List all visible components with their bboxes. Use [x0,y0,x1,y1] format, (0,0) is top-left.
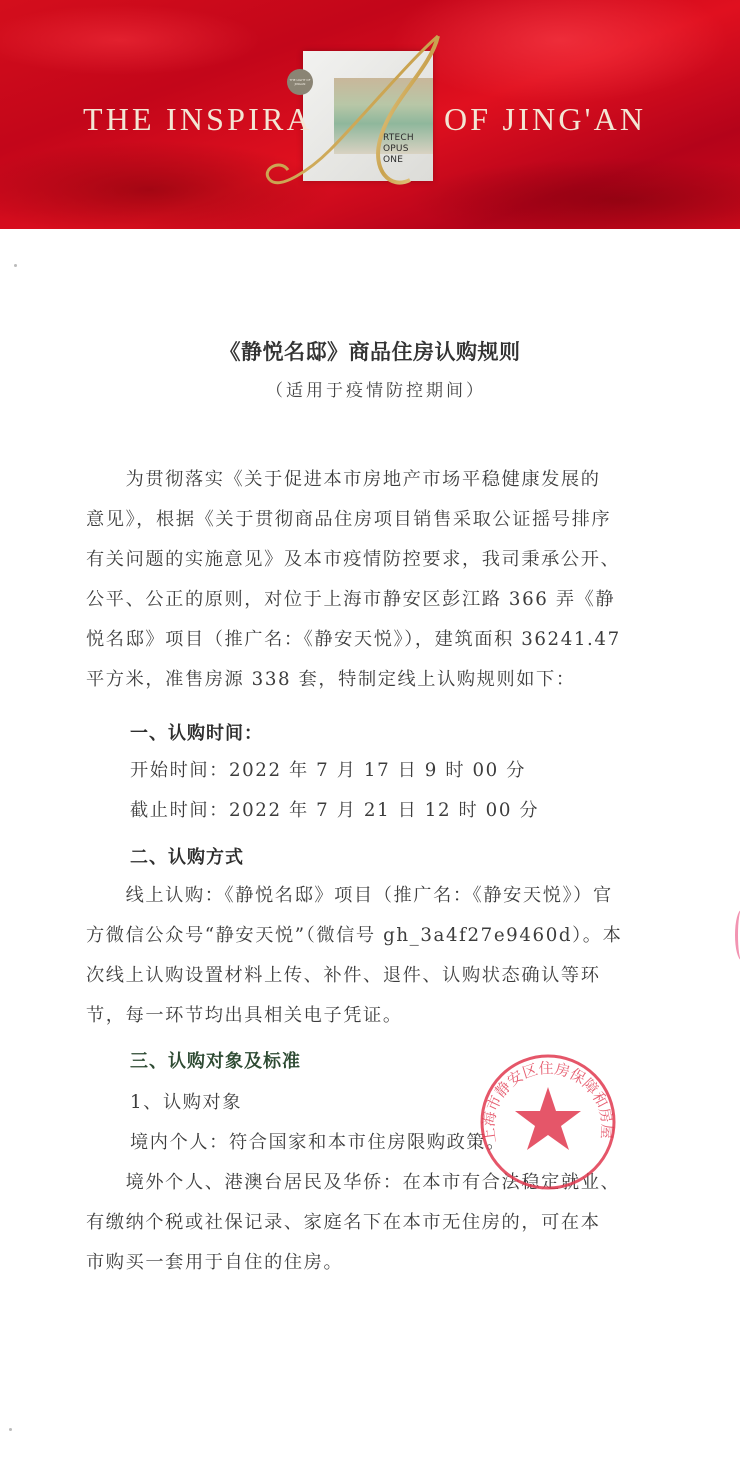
header-banner: THE LIGHT OF JINGAN RTECH OPUS ONE THE I… [0,0,740,229]
intro-line: 有关问题的实施意见》及本市疫情防控要求，我司秉承公开、 [86,540,686,580]
intro-line: 悦名邸》项目（推广名：《静安天悦》），建筑面积 36241.47 [86,620,686,660]
intro-line: 意见》，根据《关于贯彻商品住房项目销售采取公证摇号排序 [86,500,686,540]
subscription-time-block: 开始时间：2022 年 7 月 17 日 9 时 00 分 截止时间：2022 … [130,751,730,831]
eligibility-line: 境外个人、港澳台居民及华侨：在本市有合法稳定就业、 [86,1163,686,1203]
gold-swash-letter-icon [240,30,450,200]
subscription-method-paragraph: 线上认购：《静悦名邸》项目（推广名：《静安天悦》）官 方微信公众号“静安天悦”（… [86,876,686,1036]
eligibility-subheading: 1、认购对象 [130,1083,730,1123]
scan-speck [9,1428,12,1431]
method-line: 节，每一环节均出具相关电子凭证。 [86,996,686,1036]
section-heading-method: 二、认购方式 [130,843,244,869]
scan-speck [14,264,17,267]
start-time: 开始时间：2022 年 7 月 17 日 9 时 00 分 [130,751,730,791]
eligibility-line: 有缴纳个税或社保记录、家庭名下在本市无住房的，可在本 [86,1203,686,1243]
document-title: 《静悦名邸》商品住房认购规则 [0,336,740,366]
domestic-eligibility: 境内个人：符合国家和本市住房限购政策。 [130,1123,730,1163]
intro-line: 为贯彻落实《关于促进本市房地产市场平稳健康发展的 [86,460,686,500]
section-heading-eligibility: 三、认购对象及标准 [130,1047,301,1073]
page-edge-stamp-mark [735,910,740,960]
intro-line: 公平、公正的原则，对位于上海市静安区彭江路 366 弄《静 [86,580,686,620]
intro-line: 平方米，准售房源 338 套，特制定线上认购规则如下： [86,660,686,700]
document-subtitle: （适用于疫情防控期间） [0,376,740,401]
intro-paragraph: 为贯彻落实《关于促进本市房地产市场平稳健康发展的 意见》，根据《关于贯彻商品住房… [86,460,686,700]
method-line: 方微信公众号“静安天悦”（微信号 gh_3a4f27e9460d）。本 [86,916,686,956]
end-time: 截止时间：2022 年 7 月 21 日 12 时 00 分 [130,791,730,831]
method-line: 线上认购：《静悦名邸》项目（推广名：《静安天悦》）官 [86,876,686,916]
overseas-eligibility-paragraph: 境外个人、港澳台居民及华侨：在本市有合法稳定就业、 有缴纳个税或社保记录、家庭名… [86,1163,686,1283]
banner-title-right: OF JING'AN [444,100,646,138]
eligibility-line: 市购买一套用于自住的住房。 [86,1243,686,1283]
method-line: 次线上认购设置材料上传、补件、退件、认购状态确认等环 [86,956,686,996]
section-heading-time: 一、认购时间： [130,719,263,745]
